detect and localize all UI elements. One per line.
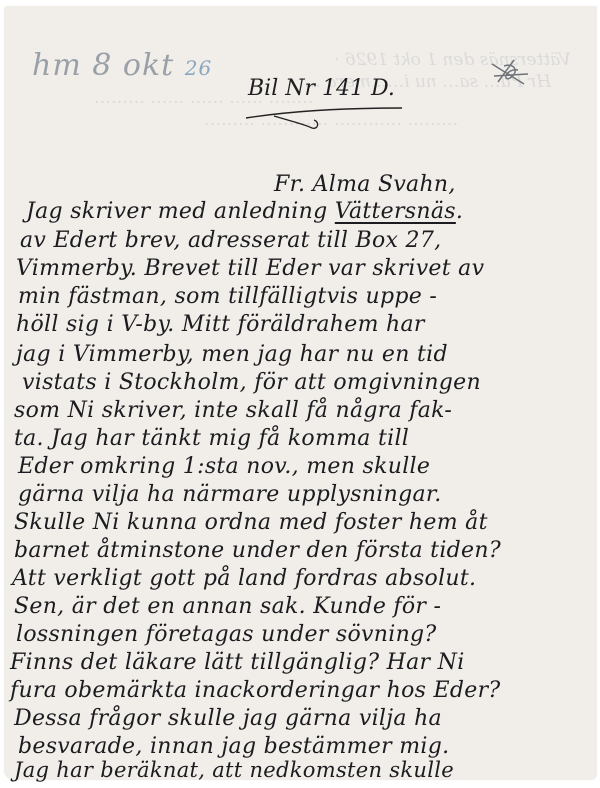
- letter-line: fura obemärkta inackorderingar hos Eder?: [10, 678, 501, 703]
- letter-page: Vättersnäs den 1 okt 1926 · Hr Pu… sa… n…: [4, 6, 597, 780]
- period: .: [456, 199, 463, 224]
- letter-line: som Ni skriver, inte skall få några fak-: [14, 398, 452, 423]
- letter-line: Jag skriver med anledning Vättersnäs.: [26, 199, 463, 224]
- pencil-note-blue-text: 26: [185, 56, 212, 80]
- letter-line: besvarade, innan jag bestämmer mig.: [18, 734, 449, 759]
- letter-line: Sen, är det en annan sak. Kunde för -: [14, 594, 441, 619]
- letter-line: min fästman, som tillfälligtvis uppe -: [18, 284, 437, 309]
- letter-line: barnet åtminstone under den första tiden…: [14, 538, 501, 563]
- letter-line: Jag har beräknat, att nedkomsten skulle: [14, 758, 454, 782]
- crossed-out-mark-icon: [484, 58, 534, 88]
- letter-line: vistats i Stockholm, för att omgivningen: [22, 370, 481, 395]
- letter-line: Eder omkring 1:sta nov., men skulle: [18, 454, 430, 479]
- flourish-underline-icon: [244, 104, 404, 130]
- letter-line: jag i Vimmerby, men jag har nu en tid: [16, 342, 448, 367]
- letter-line: Dessa frågor skulle jag gärna vilja ha: [14, 706, 442, 731]
- letter-line: Finns det läkare lätt tillgänglig? Har N…: [10, 650, 465, 675]
- reference-number: Bil Nr 141 D.: [248, 76, 395, 101]
- letter-line: Att verkligt gott på land fordras absolu…: [12, 566, 476, 591]
- emphasized-place-name: Vättersnäs: [335, 199, 456, 224]
- letter-line: Vimmerby. Brevet till Eder var skrivet a…: [16, 256, 484, 281]
- salutation: Fr. Alma Svahn,: [274, 172, 456, 197]
- letter-line: ta. Jag har tänkt mig få komma till: [14, 426, 409, 451]
- letter-line: höll sig i V-by. Mitt föräldrahem har: [16, 312, 425, 337]
- pencil-note-text: hm 8 okt: [32, 48, 174, 83]
- letter-line-text: Jag skriver med anledning: [26, 199, 327, 224]
- letter-line: Skulle Ni kunna ordna med foster hem åt: [14, 510, 488, 535]
- bleed-through-text: Vättersnäs den 1 okt 1926 ·: [334, 50, 571, 70]
- letter-line: lossningen företagas under sövning?: [16, 622, 437, 647]
- letter-line: gärna vilja ha närmare upplysningar.: [18, 482, 442, 507]
- letter-line: av Edert brev, adresserat till Box 27,: [20, 228, 441, 253]
- pencil-archival-note: hm 8 okt 26: [32, 48, 212, 83]
